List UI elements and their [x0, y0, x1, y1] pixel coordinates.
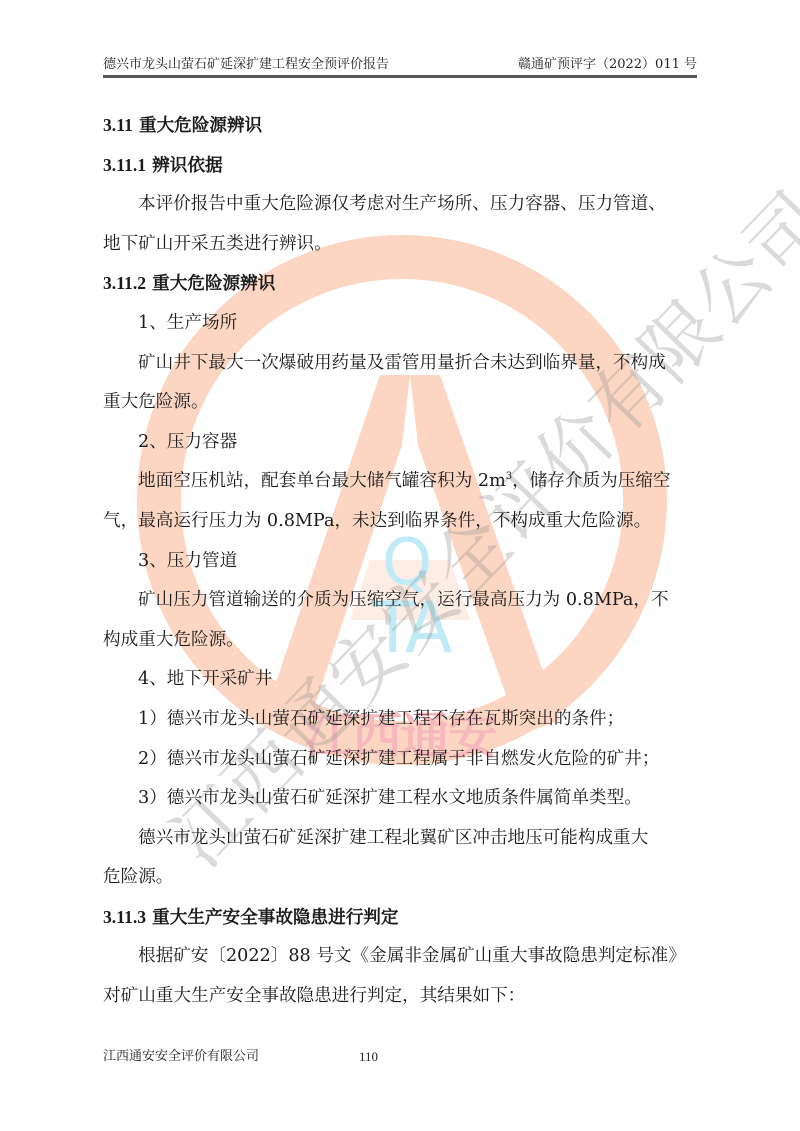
page-number: 110	[359, 1048, 378, 1066]
paragraph-line: 对矿山重大生产安全事故隐患进行判定，其结果如下：	[103, 977, 697, 1017]
page-header: 德兴市龙头山萤石矿延深扩建工程安全预评价报告 赣通矿预评字（2022）011 号	[103, 56, 697, 76]
paragraph-line: 重大危险源。	[103, 383, 697, 423]
paragraph-line: 地下矿山开采五类进行辨识。	[103, 225, 697, 265]
subsection-heading-3-11-3: 3.11.3 重大生产安全事故隐患进行判定	[103, 898, 697, 938]
paragraph-line: 地面空压机站，配套单台最大储气罐容积为 2m3，储存介质为压缩空	[103, 462, 697, 502]
item-title-pressure-vessel: 2、压力容器	[103, 423, 697, 463]
item-title-underground-mine: 4、地下开采矿井	[103, 660, 697, 700]
paragraph-line: 危险源。	[103, 858, 697, 898]
paragraph-line: 构成重大危险源。	[103, 621, 697, 661]
subsection-heading-3-11-2: 3.11.2 重大危险源辨识	[103, 264, 697, 304]
document-page: Q TA 江西通安 江西通安安全评价有限公司 德兴市龙头山萤石矿延深扩建工程安全…	[0, 0, 800, 1131]
item-title-pressure-pipeline: 3、压力管道	[103, 542, 697, 582]
report-number: 赣通矿预评字（2022）011 号	[518, 56, 697, 74]
subsection-heading-3-11-1: 3.11.1 辨识依据	[103, 146, 697, 186]
section-heading: 3.11 重大危险源辨识	[103, 106, 697, 146]
header-divider	[103, 75, 697, 78]
paragraph-line: 根据矿安〔2022〕88 号文《金属非金属矿山重大事故隐患判定标准》	[103, 937, 697, 977]
footer-company: 江西通安安全评价有限公司	[103, 1048, 259, 1066]
list-item: 2）德兴市龙头山萤石矿延深扩建工程属于非自燃发火危险的矿井；	[103, 740, 697, 780]
paragraph-line: 本评价报告中重大危险源仅考虑对生产场所、压力容器、压力管道、	[103, 185, 697, 225]
paragraph-line: 气，最高运行压力为 0.8MPa，未达到临界条件，不构成重大危险源。	[103, 502, 697, 542]
item-title-production-site: 1、生产场所	[103, 304, 697, 344]
report-title: 德兴市龙头山萤石矿延深扩建工程安全预评价报告	[103, 56, 389, 74]
paragraph-line: 德兴市龙头山萤石矿延深扩建工程北翼矿区冲击地压可能构成重大	[103, 819, 697, 859]
list-item: 1）德兴市龙头山萤石矿延深扩建工程不存在瓦斯突出的条件；	[103, 700, 697, 740]
paragraph-line: 矿山井下最大一次爆破用药量及雷管用量折合未达到临界量，不构成	[103, 344, 697, 384]
page-content: 3.11 重大危险源辨识 3.11.1 辨识依据 本评价报告中重大危险源仅考虑对…	[103, 106, 697, 1017]
list-item: 3）德兴市龙头山萤石矿延深扩建工程水文地质条件属简单类型。	[103, 779, 697, 819]
paragraph-line: 矿山压力管道输送的介质为压缩空气，运行最高压力为 0.8MPa，不	[103, 581, 697, 621]
